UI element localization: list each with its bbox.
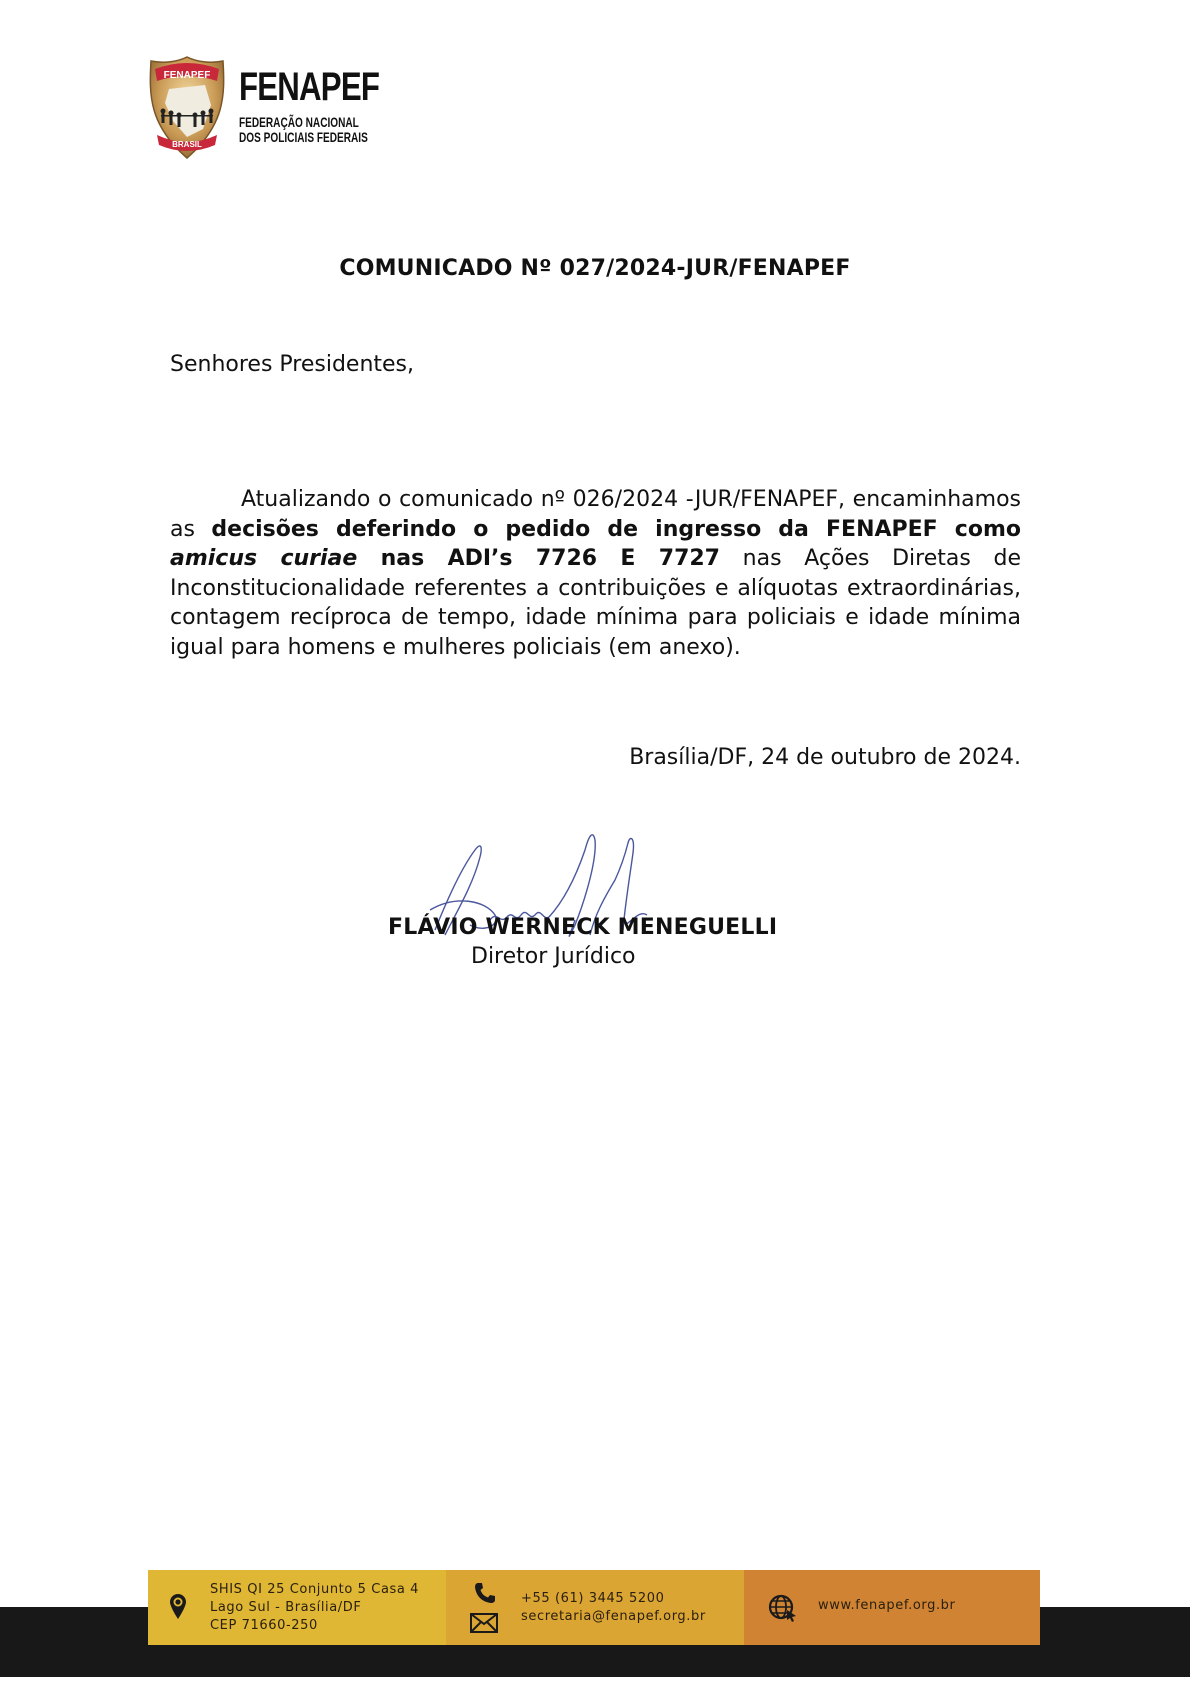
signer-name: FLÁVIO WERNECK MENEGUELLI <box>388 915 777 940</box>
signer-role: Diretor Jurídico <box>471 944 636 969</box>
phone-number[interactable]: +55 (61) 3445 5200 <box>521 1590 706 1608</box>
body-part-2: decisões deferindo o pedido de ingresso … <box>211 517 1021 542</box>
email-address[interactable]: secretaria@fenapef.org.br <box>521 1608 706 1626</box>
date-line: Brasília/DF, 24 de outubro de 2024. <box>629 745 1021 770</box>
logo-subtitle-1: FEDERAÇÃO NACIONAL <box>239 115 368 130</box>
document-title: COMUNICADO Nº 027/2024-JUR/FENAPEF <box>0 256 1190 281</box>
website-link[interactable]: www.fenapef.org.br <box>818 1597 955 1615</box>
fenapef-logo: FENAPEF BRASIL FENAPEF FEDERAÇÃO NACIONA… <box>147 55 377 163</box>
logo-name: FENAPEF <box>239 65 379 109</box>
logo-subtitle-2: DOS POLICIAIS FEDERAIS <box>239 130 368 145</box>
body-paragraph: Atualizando o comunicado nº 026/2024 -JU… <box>170 485 1021 662</box>
footer-address-section: SHIS QI 25 Conjunto 5 Casa 4 Lago Sul - … <box>148 1570 446 1645</box>
svg-text:BRASIL: BRASIL <box>172 140 202 149</box>
svg-text:FENAPEF: FENAPEF <box>164 70 211 81</box>
location-pin-icon <box>170 1594 186 1620</box>
footer-website-section: www.fenapef.org.br <box>744 1570 1040 1645</box>
address-line-2: Lago Sul - Brasília/DF <box>210 1599 419 1617</box>
police-badge-icon: FENAPEF BRASIL <box>147 55 227 160</box>
address-line-3: CEP 71660-250 <box>210 1617 419 1635</box>
footer-contact-section: +55 (61) 3445 5200 secretaria@fenapef.or… <box>446 1570 744 1645</box>
phone-icon <box>474 1582 496 1604</box>
footer-contact-bar: SHIS QI 25 Conjunto 5 Casa 4 Lago Sul - … <box>148 1570 1040 1645</box>
address-line-1: SHIS QI 25 Conjunto 5 Casa 4 <box>210 1581 419 1599</box>
body-part-4: nas ADI’s 7726 E 7727 <box>357 546 720 571</box>
greeting: Senhores Presidentes, <box>170 352 414 377</box>
body-part-3: amicus curiae <box>170 546 357 571</box>
globe-icon <box>768 1594 798 1622</box>
envelope-icon <box>470 1613 498 1633</box>
